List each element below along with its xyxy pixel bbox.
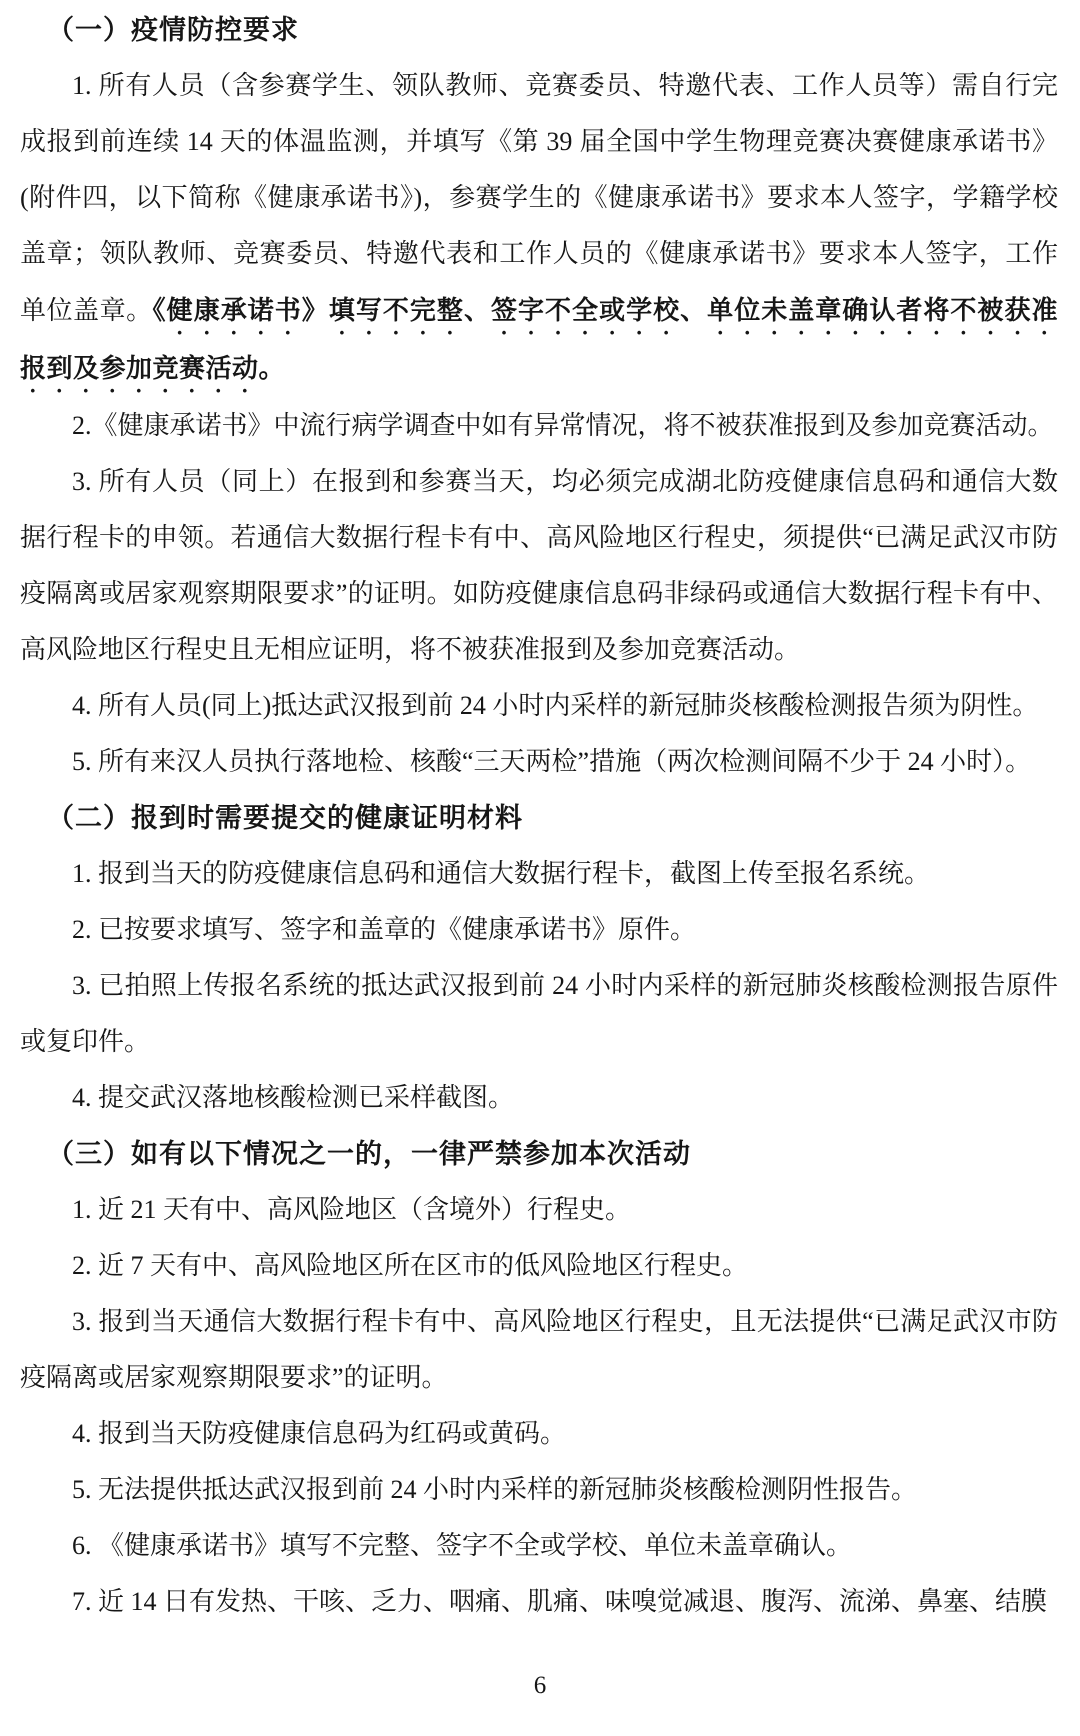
document-page: （一）疫情防控要求1. 所有人员（含参赛学生、领队教师、竞赛委员、特邀代表、工作… bbox=[0, 0, 1080, 1736]
text-run: 3. 报到当天通信大数据行程卡有中、高风险地区行程史，且无法提供“已满足武汉市防… bbox=[20, 1307, 1058, 1392]
text-run: 3. 所有人员（同上）在报到和参赛当天，均必须完成湖北防疫健康信息码和通信大数据… bbox=[20, 467, 1058, 664]
text-run: 4. 提交武汉落地核酸检测已采样截图。 bbox=[72, 1083, 514, 1112]
document-body: （一）疫情防控要求1. 所有人员（含参赛学生、领队教师、竞赛委员、特邀代表、工作… bbox=[20, 2, 1058, 1630]
list-item: 3. 所有人员（同上）在报到和参赛当天，均必须完成湖北防疫健康信息码和通信大数据… bbox=[20, 454, 1058, 678]
list-item: 5. 无法提供抵达武汉报到前 24 小时内采样的新冠肺炎核酸检测阴性报告。 bbox=[20, 1462, 1058, 1518]
list-item: 3. 报到当天通信大数据行程卡有中、高风险地区行程史，且无法提供“已满足武汉市防… bbox=[20, 1294, 1058, 1406]
text-run: 1. 所有人员（含参赛学生、领队教师、竞赛委员、特邀代表、工作人员等）需自行完成… bbox=[20, 71, 1058, 325]
list-item: 1. 报到当天的防疫健康信息码和通信大数据行程卡，截图上传至报名系统。 bbox=[20, 846, 1058, 902]
list-item: 2. 近 7 天有中、高风险地区所在区市的低风险地区行程史。 bbox=[20, 1238, 1058, 1294]
text-run: 2.《健康承诺书》中流行病学调查中如有异常情况，将不被获准报到及参加竞赛活动。 bbox=[72, 411, 1054, 440]
list-item: 4. 报到当天防疫健康信息码为红码或黄码。 bbox=[20, 1406, 1058, 1462]
list-item: 4. 提交武汉落地核酸检测已采样截图。 bbox=[20, 1070, 1058, 1126]
text-run: 1. 报到当天的防疫健康信息码和通信大数据行程卡，截图上传至报名系统。 bbox=[72, 859, 930, 888]
list-item: 4. 所有人员(同上)抵达武汉报到前 24 小时内采样的新冠肺炎核酸检测报告须为… bbox=[20, 678, 1058, 734]
list-item: 2. 已按要求填写、签字和盖章的《健康承诺书》原件。 bbox=[20, 902, 1058, 958]
text-run: 4. 所有人员(同上)抵达武汉报到前 24 小时内采样的新冠肺炎核酸检测报告须为… bbox=[72, 691, 1038, 720]
section-heading: （三）如有以下情况之一的，一律严禁参加本次活动 bbox=[20, 1126, 1058, 1182]
list-item: 6. 《健康承诺书》填写不完整、签字不全或学校、单位未盖章确认。 bbox=[20, 1518, 1058, 1574]
text-run: 2. 近 7 天有中、高风险地区所在区市的低风险地区行程史。 bbox=[72, 1251, 748, 1280]
list-item: 1. 所有人员（含参赛学生、领队教师、竞赛委员、特邀代表、工作人员等）需自行完成… bbox=[20, 58, 1058, 398]
text-run: 5. 无法提供抵达武汉报到前 24 小时内采样的新冠肺炎核酸检测阴性报告。 bbox=[72, 1475, 917, 1504]
text-run: 7. 近 14 日有发热、干咳、乏力、咽痛、肌痛、味嗅觉减退、腹泻、流涕、鼻塞、… bbox=[72, 1587, 1047, 1616]
page-number: 6 bbox=[0, 1672, 1080, 1700]
text-run: 3. 已拍照上传报名系统的抵达武汉报到前 24 小时内采样的新冠肺炎核酸检测报告… bbox=[20, 971, 1058, 1056]
emphasized-text: 《健康承诺书》填写不完整、签字不全或学校、单位未盖章确认者将不被获准报到及参加竞… bbox=[20, 295, 1058, 383]
list-item: 5. 所有来汉人员执行落地检、核酸“三天两检”措施（两次检测间隔不少于 24 小… bbox=[20, 734, 1058, 790]
list-item: 2.《健康承诺书》中流行病学调查中如有异常情况，将不被获准报到及参加竞赛活动。 bbox=[20, 398, 1058, 454]
list-item: 1. 近 21 天有中、高风险地区（含境外）行程史。 bbox=[20, 1182, 1058, 1238]
text-run: 1. 近 21 天有中、高风险地区（含境外）行程史。 bbox=[72, 1195, 631, 1224]
text-run: 6. 《健康承诺书》填写不完整、签字不全或学校、单位未盖章确认。 bbox=[72, 1531, 852, 1560]
list-item: 3. 已拍照上传报名系统的抵达武汉报到前 24 小时内采样的新冠肺炎核酸检测报告… bbox=[20, 958, 1058, 1070]
text-run: 4. 报到当天防疫健康信息码为红码或黄码。 bbox=[72, 1419, 566, 1448]
text-run: 5. 所有来汉人员执行落地检、核酸“三天两检”措施（两次检测间隔不少于 24 小… bbox=[72, 747, 1031, 776]
section-heading: （一）疫情防控要求 bbox=[20, 2, 1058, 58]
section-heading: （二）报到时需要提交的健康证明材料 bbox=[20, 790, 1058, 846]
list-item: 7. 近 14 日有发热、干咳、乏力、咽痛、肌痛、味嗅觉减退、腹泻、流涕、鼻塞、… bbox=[20, 1574, 1058, 1630]
text-run: 2. 已按要求填写、签字和盖章的《健康承诺书》原件。 bbox=[72, 915, 696, 944]
